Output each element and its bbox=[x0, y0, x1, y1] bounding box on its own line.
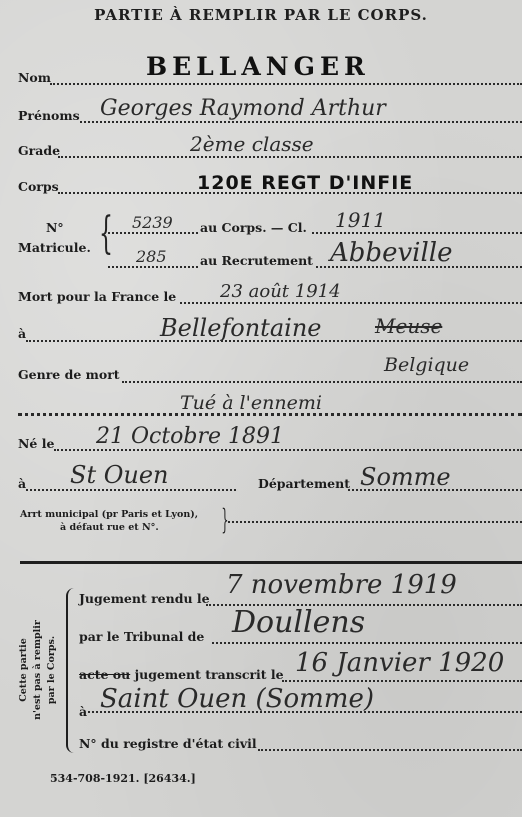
tribunal-label: par le Tribunal de bbox=[79, 629, 204, 644]
recrutement-label: au Recrutement bbox=[200, 253, 313, 268]
side-note-line1: Cette partie bbox=[17, 590, 31, 750]
section-divider bbox=[20, 561, 522, 564]
grade-label: Grade bbox=[18, 143, 60, 158]
transcrit-label-wrap: acte ou jugement transcrit le bbox=[79, 667, 284, 682]
arr-label-line1: Arrt municipal (pr Paris et Lyon), bbox=[20, 509, 198, 521]
registre-label: N° du registre d'état civil bbox=[79, 736, 257, 751]
death-place-correction: Belgique bbox=[384, 354, 469, 376]
death-date-label: Mort pour la France le bbox=[18, 289, 176, 304]
recrutement-number-line bbox=[108, 266, 198, 268]
nom-value: BELLANGER bbox=[146, 52, 370, 81]
departement-value: Somme bbox=[360, 463, 451, 491]
death-place-value: Bellefontaine bbox=[160, 314, 321, 342]
corps-label: Corps bbox=[18, 179, 59, 194]
tribunal-value: Doullens bbox=[232, 605, 365, 640]
prenoms-value: Georges Raymond Arthur bbox=[100, 96, 386, 121]
death-place-label: à bbox=[18, 326, 26, 341]
corps-number-suffix: au Corps. — Cl. bbox=[200, 220, 307, 235]
side-note-line2: n'est pas à remplir bbox=[31, 590, 45, 750]
matricule-label: Matricule. bbox=[18, 240, 91, 255]
corps-number-value: 5239 bbox=[132, 213, 173, 232]
death-place-struck: Meuse bbox=[375, 314, 442, 338]
death-date-line bbox=[180, 302, 522, 304]
rendu-value: 7 novembre 1919 bbox=[226, 570, 457, 600]
prenoms-label: Prénoms bbox=[18, 108, 80, 123]
registre-line bbox=[258, 749, 522, 751]
matricule-brace: { bbox=[99, 212, 113, 256]
birth-place-line bbox=[26, 489, 236, 491]
birth-place-label: à bbox=[18, 476, 26, 491]
print-code: 534-708-1921. [26434.] bbox=[50, 772, 196, 785]
side-note: Cette partie n'est pas à remplir par le … bbox=[8, 590, 68, 750]
grade-value: 2ème classe bbox=[190, 132, 314, 156]
classe-line bbox=[312, 232, 522, 234]
birth-date-label: Né le bbox=[18, 436, 54, 451]
side-note-line3: par le Corps. bbox=[45, 590, 59, 750]
genre-line-2 bbox=[18, 413, 522, 416]
arr-brace: } bbox=[221, 506, 228, 534]
transcrit-line bbox=[282, 680, 522, 682]
matricule-label-no: N° bbox=[46, 220, 64, 235]
genre-label: Genre de mort bbox=[18, 367, 120, 382]
rendu-label: Jugement rendu le bbox=[79, 591, 210, 606]
birth-place-value: St Ouen bbox=[70, 461, 169, 489]
transcrit-place-label: à bbox=[79, 704, 87, 719]
arr-line bbox=[228, 521, 522, 523]
form-header: PARTIE À REMPLIR PAR LE CORPS. bbox=[0, 6, 522, 24]
birth-date-value: 21 Octobre 1891 bbox=[96, 424, 284, 449]
prenoms-line bbox=[80, 121, 522, 123]
death-date-value: 23 août 1914 bbox=[220, 281, 341, 302]
transcrit-place-value: Saint Ouen (Somme) bbox=[100, 684, 374, 714]
transcrit-struck: acte ou bbox=[79, 667, 130, 682]
judgment-brace bbox=[66, 588, 74, 753]
departement-label: Département bbox=[258, 476, 350, 491]
corps-number-line bbox=[108, 232, 198, 234]
genre-value: Tué à l'ennemi bbox=[180, 392, 322, 414]
arr-label-line2: à défaut rue et N°. bbox=[60, 522, 159, 534]
birth-date-line bbox=[54, 449, 522, 451]
tribunal-line bbox=[212, 642, 522, 644]
genre-line bbox=[122, 381, 522, 383]
nom-line bbox=[50, 83, 522, 85]
corps-value: 120E REGT D'INFIE bbox=[197, 172, 413, 194]
recrutement-number-value: 285 bbox=[136, 247, 167, 266]
recrutement-value: Abbeville bbox=[330, 238, 452, 268]
transcrit-label: jugement transcrit le bbox=[135, 667, 284, 682]
transcrit-value: 16 Janvier 1920 bbox=[295, 648, 504, 678]
nom-label: Nom bbox=[18, 70, 51, 85]
classe-value: 1911 bbox=[335, 208, 386, 232]
grade-line bbox=[58, 156, 522, 158]
